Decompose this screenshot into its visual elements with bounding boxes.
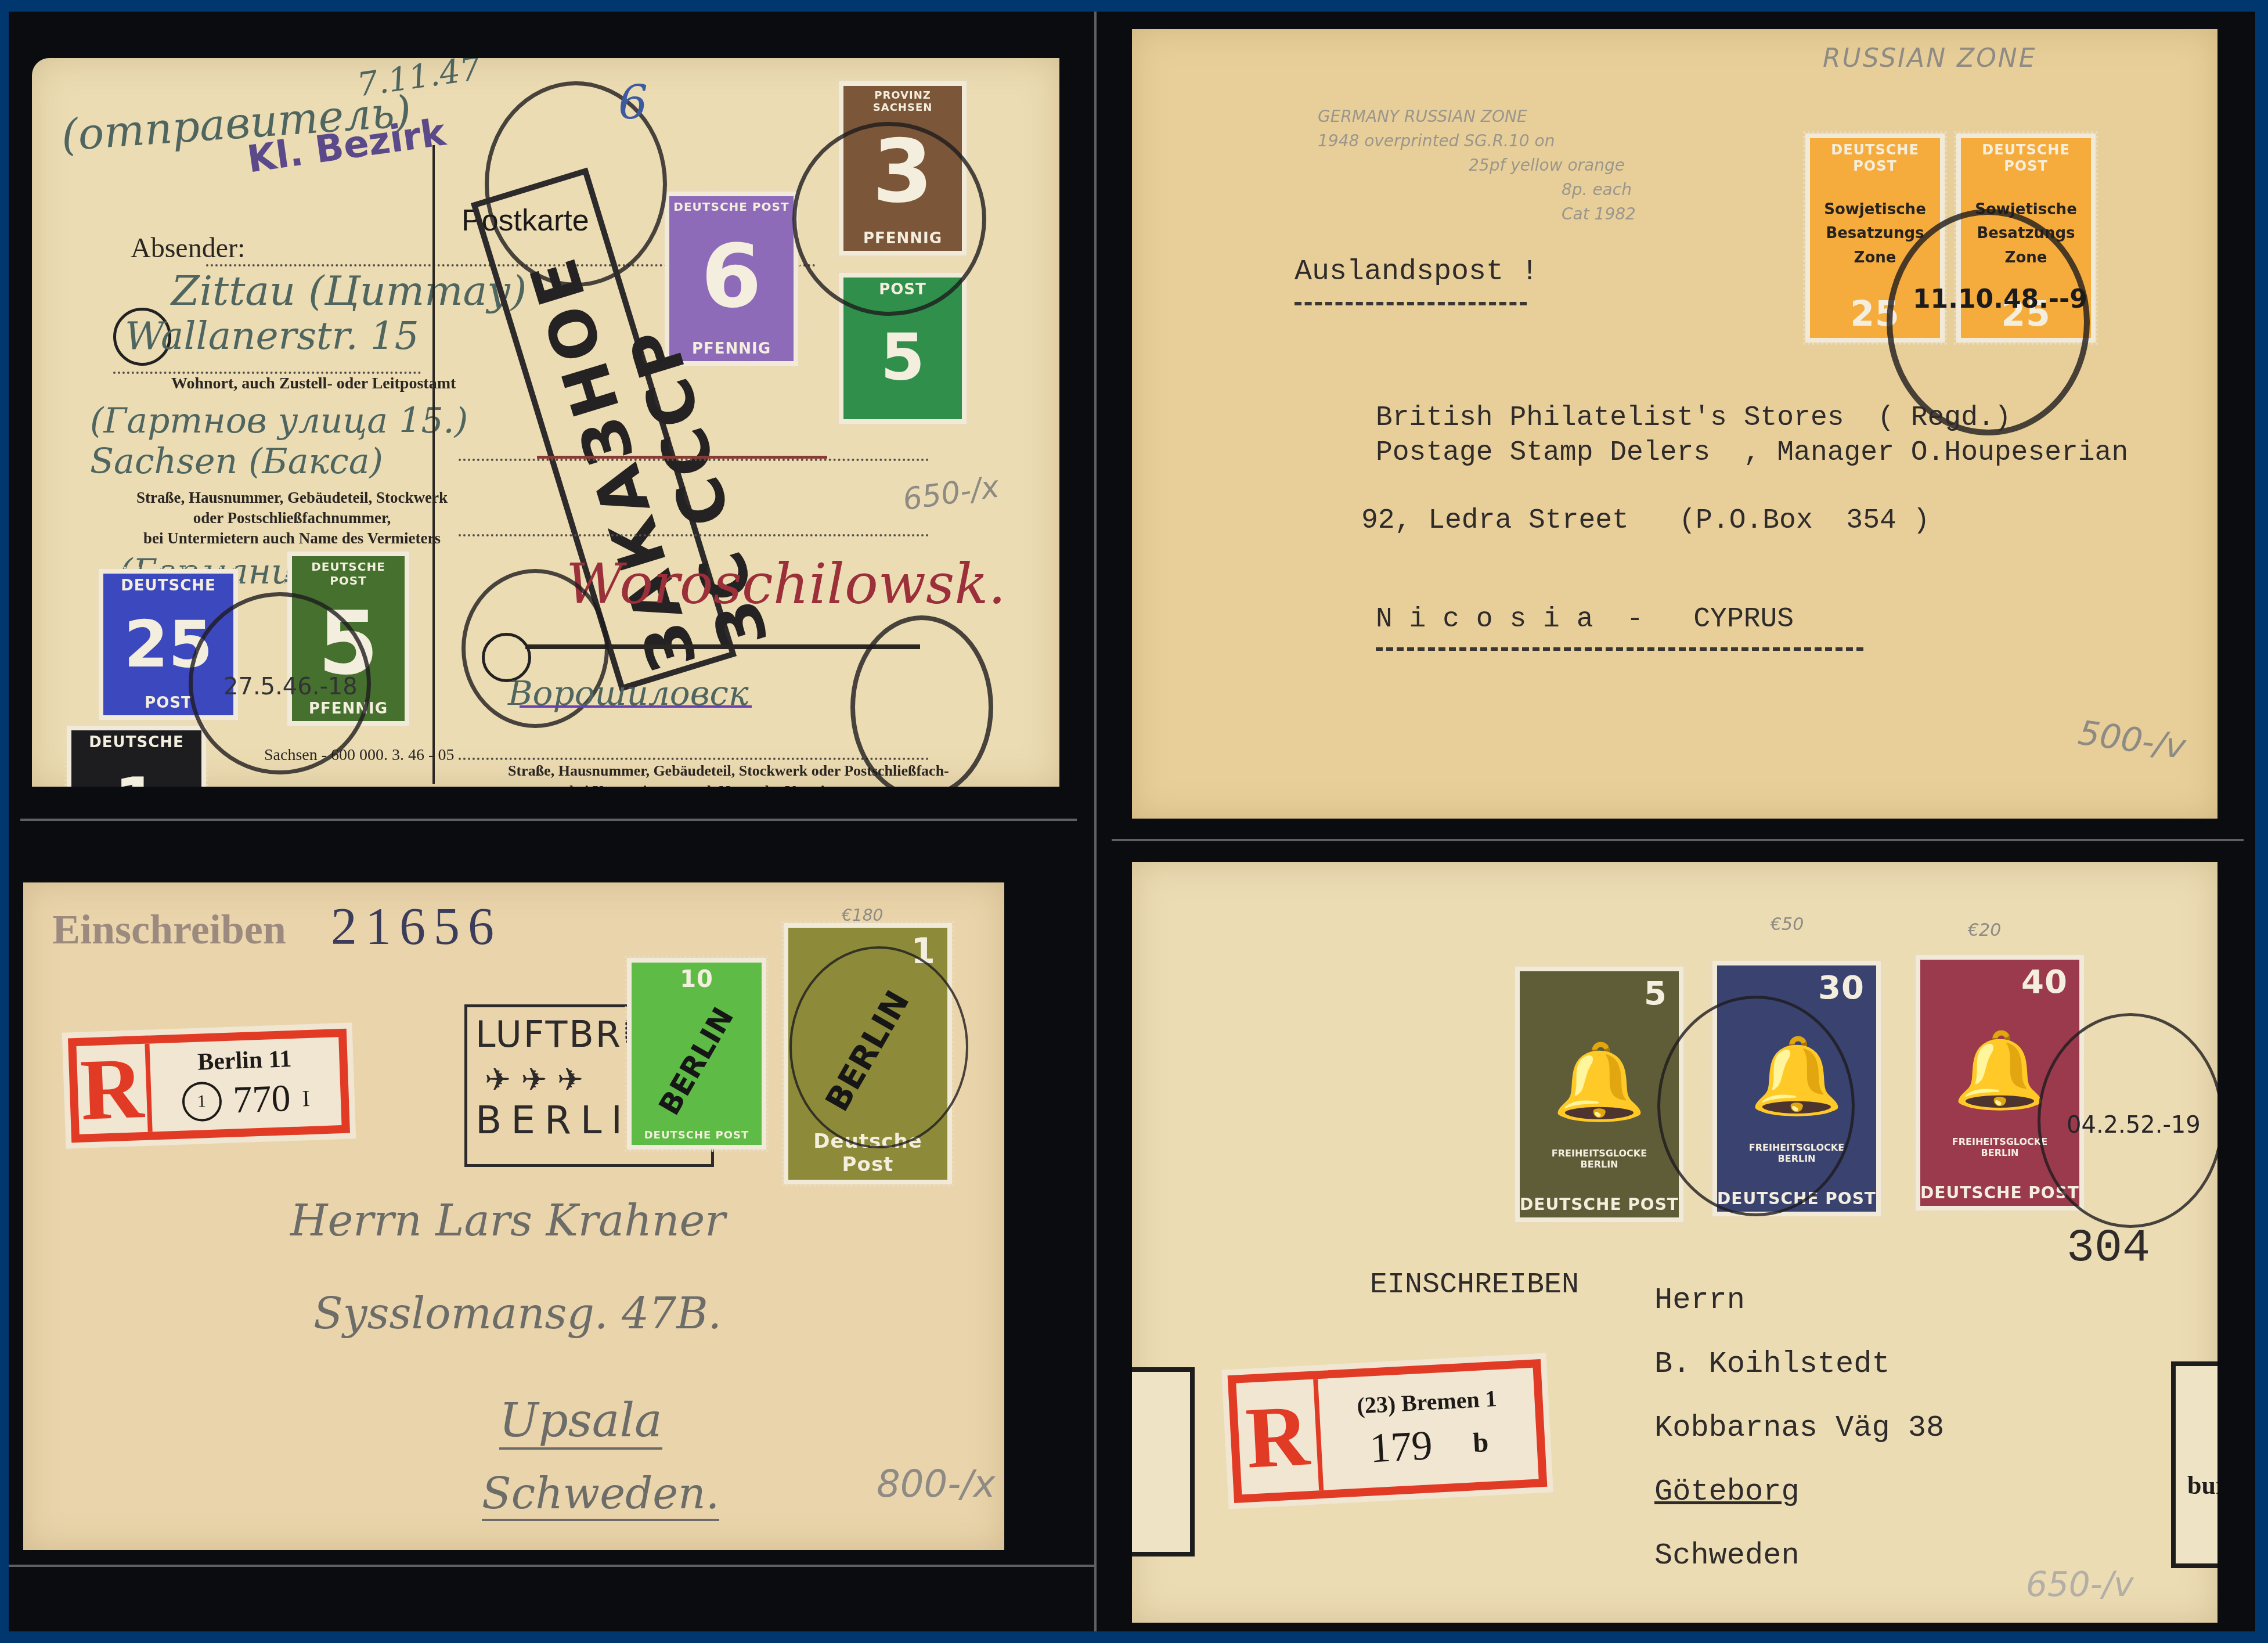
red-underline	[537, 456, 827, 459]
stamp-text: DEUTSCHE POST	[1961, 138, 2091, 178]
stock-page: (отправитель) 7.11.47 Kl. Bezirk Absende…	[9, 12, 2255, 1631]
pencil-price: 800-/x	[877, 1463, 996, 1506]
stamp-text: DEUTSCHE	[89, 730, 184, 755]
pencil-notes: GERMANY RUSSIAN ZONE 1948 overprinted SG…	[1318, 105, 1636, 226]
address-line	[113, 372, 421, 374]
form-text: bei Untermietern auch Name des Vermieter…	[136, 528, 448, 549]
pencil-note: €50	[1771, 914, 1804, 935]
reg-suffix: b	[1472, 1426, 1490, 1459]
address-line: Schweden.	[482, 1469, 719, 1521]
stamp-caption: FREIHEITSGLOCKE BERLIN	[1952, 1136, 2047, 1158]
stamp-text: PFENNIG	[692, 337, 771, 361]
stamp-value: 5	[1644, 971, 1679, 1016]
endorsement: Auslandspost !	[1295, 255, 1538, 289]
stamp-text: DEUTSCHE POST	[673, 196, 789, 217]
pencil-note: GERMANY RUSSIAN ZONE	[1318, 105, 1636, 129]
pencil-note: 8p. each	[1318, 178, 1636, 202]
cover-gera-cyprus: RUSSIAN ZONE GERMANY RUSSIAN ZONE 1948 o…	[1132, 29, 2217, 819]
reg-suffix: I	[302, 1084, 311, 1111]
registration-label: R (23) Bremen 1 179 b	[1221, 1353, 1553, 1509]
stamp-value: 6	[701, 233, 762, 320]
overprint-line: Sowjetische	[1824, 201, 1926, 218]
postmark-date: 04.2.52.-19	[2067, 1112, 2201, 1138]
reg-letter: R	[76, 1044, 152, 1134]
address-line: B. Koihlstedt	[1654, 1332, 1944, 1396]
censor-tape-left	[1132, 1367, 1195, 1556]
card-divider	[432, 145, 435, 784]
address-line: N i c o s i a - CYPRUS	[1376, 604, 1794, 635]
stamp-text: DEUTSCHE POST	[644, 1126, 749, 1145]
cover-bremen-goteborg: €50 €20 5 🔔 FREIHEITSGLOCKE BERLIN DEUTS…	[1132, 862, 2217, 1623]
pencil-note: €20	[1968, 920, 2001, 941]
address-block: British Philatelist's Stores ( Regd.) Po…	[1376, 401, 2128, 470]
stamp-value: 40	[2021, 960, 2079, 1004]
cover-berlin-uppsala: Einschreiben 21656 €180 R Berlin 11 1 77…	[23, 882, 1004, 1550]
violet-line	[520, 705, 752, 708]
sender-line: Sachsen (Бакса)	[90, 441, 383, 482]
stamp-text: DEUTSCHE POST	[1810, 138, 1940, 178]
bell-icon: 🔔	[1552, 1037, 1646, 1126]
address-line	[459, 534, 929, 536]
stamp-value: 30	[1818, 965, 1876, 1010]
reg-office: (23) Bremen 1	[1356, 1385, 1498, 1419]
address-line: Kobbarnas Väg 38	[1654, 1396, 1944, 1460]
address-line: Göteborg	[1654, 1460, 1944, 1524]
handwritten-date: 7.11.47	[355, 58, 484, 105]
pencil-note: 25pf yellow orange	[1318, 153, 1636, 178]
endorsement: EINSCHREIBEN	[1370, 1269, 1579, 1302]
postmark-bremen	[1657, 996, 1855, 1216]
address-line: Postage Stamp Delers , Manager O.Houpese…	[1376, 435, 2128, 470]
sender-line: Zittau (Циттау)	[171, 267, 527, 315]
address-line: Schweden	[1654, 1524, 1944, 1588]
sender-line: (Гартнов улица 15.)	[90, 401, 468, 441]
reg-number: 770	[232, 1076, 291, 1122]
stamp-text: PROVINZ SACHSEN	[843, 86, 962, 117]
pencil-header: RUSSIAN ZONE	[1823, 44, 2037, 73]
stamp-text: POST	[145, 691, 192, 715]
stamp-text: DEUTSCHE POST	[1520, 1191, 1679, 1217]
censor-tape-right: bur	[2171, 1361, 2217, 1568]
stamp-10-pfennig-berlin: 10 BERLIN DEUTSCHE POST	[627, 958, 766, 1150]
address-line: British Philatelist's Stores ( Regd.)	[1376, 401, 2128, 435]
address-line	[459, 758, 929, 760]
form-text: oder Postschließfachnummer,	[136, 508, 448, 528]
pencil-note: Cat 1982	[1318, 202, 1636, 226]
address-line: Herrn Lars Krahner	[290, 1196, 726, 1246]
postmark-date: 11.10.48.--9	[1913, 284, 2087, 314]
reg-office: Berlin 11	[197, 1045, 292, 1076]
number-stamp: 304	[2067, 1222, 2150, 1275]
sleeve-edge	[9, 1565, 1094, 1567]
postmark-berlin	[789, 946, 968, 1148]
postmark-moscow	[850, 615, 993, 787]
reg-letter: R	[1236, 1379, 1324, 1494]
address-line: 92, Ledra Street (P.O.Box 354 )	[1361, 505, 1930, 536]
sender-line: Wallanerstr. 15	[125, 314, 419, 358]
postmark-date: 27.5.46.-18	[223, 673, 358, 700]
einschreiben-stamp: Einschreiben	[52, 906, 286, 954]
form-text: Straße, Hausnummer, Gebäudeteil, Stockwe…	[136, 488, 448, 508]
blue-number: 6	[618, 75, 648, 129]
reg-number: 179	[1369, 1421, 1434, 1473]
address-block: Herrn B. Koihlstedt Kobbarnas Väg 38 Göt…	[1654, 1269, 1944, 1588]
stamp-value: 10	[680, 963, 713, 996]
sleeve-edge	[1112, 839, 2244, 841]
cover-postcard-zittau: (отправитель) 7.11.47 Kl. Bezirk Absende…	[32, 58, 1059, 787]
overprint-line: Besatzungs	[1826, 225, 1924, 242]
censor-text: bur	[2187, 1471, 2217, 1500]
bell-icon: 🔔	[1953, 1026, 2047, 1115]
pencil-note: 1948 overprinted SG.R.10 on	[1318, 129, 1636, 153]
residence-label: Wohnort, auch Zustell- oder Leitpostamt	[171, 374, 456, 393]
address-line: Upsala	[499, 1393, 662, 1450]
pencil-price: 500-/v	[2076, 712, 2188, 766]
stamp-text: DEUTSCHE POST	[292, 556, 405, 591]
street-form-text: Straße, Hausnummer, Gebäudeteil, Stockwe…	[136, 488, 448, 549]
stamp-text: DEUTSCHE	[121, 574, 216, 598]
reg-circle-number: 1	[181, 1081, 222, 1122]
registration-number: 21656	[331, 897, 502, 957]
pencil-price: 650-/v	[2026, 1565, 2134, 1604]
stamp-value: 5	[881, 325, 925, 389]
overprint: BERLIN	[652, 1001, 741, 1120]
postmark-zittau	[792, 122, 986, 316]
sleeve-edge	[20, 819, 1077, 821]
recipient-city: Woroschilowsk.	[566, 552, 1006, 617]
address-line	[459, 459, 929, 461]
sender-label: Absender:	[131, 232, 245, 264]
typed-underline	[1295, 302, 1527, 305]
typed-underline	[1376, 647, 1863, 651]
address-line: Sysslomansg. 47B.	[313, 1289, 722, 1339]
stamp-1-pfennig: DEUTSCHE 1 POST	[67, 726, 206, 787]
address-line: Herrn	[1654, 1269, 1944, 1332]
overprint-line: Zone	[1854, 249, 1896, 266]
stamp-caption: FREIHEITSGLOCKE BERLIN	[1552, 1148, 1647, 1170]
sleeve-divider	[1094, 12, 1097, 1631]
pencil-note: €180	[842, 906, 883, 925]
stamp-value: 1	[114, 769, 159, 787]
registration-label: R Berlin 11 1 770 I	[62, 1022, 356, 1148]
pencil-price: 650-/x	[901, 470, 1001, 518]
